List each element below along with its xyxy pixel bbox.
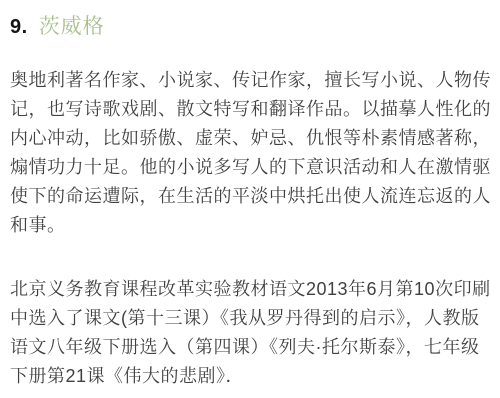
page: 9. 茨威格 奥地利著名作家、小说家、传记作家，擅长写小说、人物传 记，也写诗歌… xyxy=(0,0,500,398)
paragraph-biography: 奥地利著名作家、小说家、传记作家，擅长写小说、人物传 记，也写诗歌戏剧、散文特写… xyxy=(10,66,490,240)
paragraph-line: 煽情功力十足。他的小说多写人的下意识活动和人在激情驱 xyxy=(10,153,490,182)
paragraph-line: 语文八年级下册选入（第四课）《列夫·托尔斯泰》，七年级 xyxy=(10,333,490,362)
entry-title: 茨威格 xyxy=(39,10,105,40)
paragraph-line: 中选入了课文(第十三课）《我从罗丹得到的启示》，人教版 xyxy=(10,304,490,333)
paragraph-line: 下册第21课《伟大的悲剧》． xyxy=(10,362,490,391)
paragraph-line: 记，也写诗歌戏剧、散文特写和翻译作品。以描摹人性化的 xyxy=(10,95,490,124)
paragraph-line: 使下的命运遭际，在生活的平淡中烘托出使人流连忘返的人 xyxy=(10,182,490,211)
paragraph-textbook-info: 北京义务教育课程改革实验教材语文2013年6月第10次印刷 中选入了课文(第十三… xyxy=(10,275,490,391)
paragraph-line: 奥地利著名作家、小说家、传记作家，擅长写小说、人物传 xyxy=(10,66,490,95)
paragraph-line: 和事。 xyxy=(10,211,490,240)
paragraph-line: 内心冲动，比如骄傲、虚荣、妒忌、仇恨等朴素情感著称， xyxy=(10,124,490,153)
paragraph-line: 北京义务教育课程改革实验教材语文2013年6月第10次印刷 xyxy=(10,275,490,304)
entry-heading: 9. 茨威格 xyxy=(10,10,490,36)
entry-number: 9. xyxy=(10,16,28,39)
